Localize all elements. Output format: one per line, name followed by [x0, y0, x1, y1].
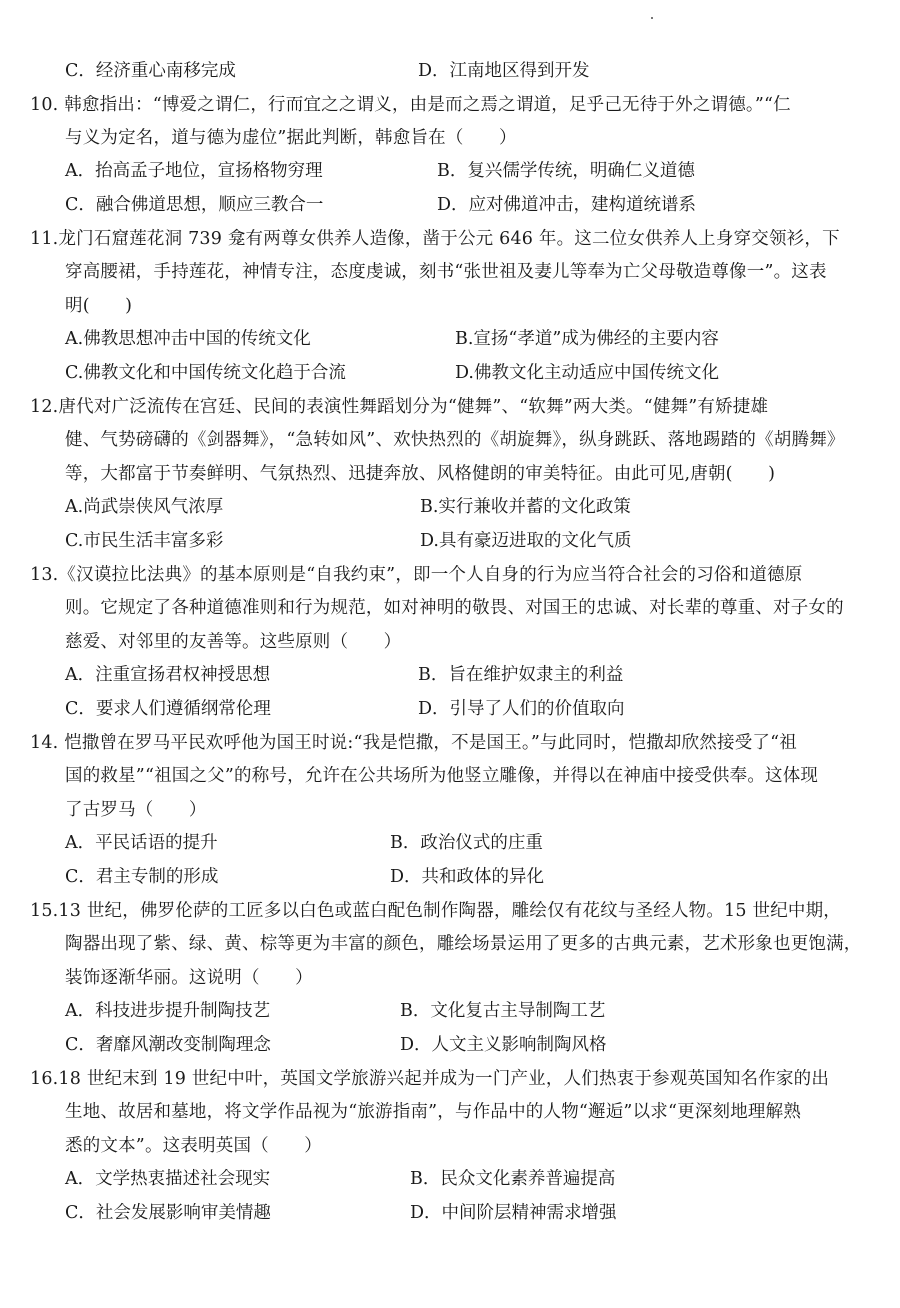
q11-option-d: D.佛教文化主动适应中国传统文化 [455, 362, 719, 384]
q13-option-c: C．要求人们遵循纲常伦理 [65, 698, 271, 720]
q12-stem-line-1: 12.唐代对广泛流传在宫廷、民间的表演性舞蹈划分为“健舞”、“软舞”两大类。“健… [30, 396, 768, 418]
q10-stem-line-1: 10. 韩愈指出：“博爱之谓仁，行而宜之之谓义，由是而之焉之谓道，足乎己无待于外… [30, 94, 791, 116]
q15-option-a: A．科技进步提升制陶技艺 [65, 1000, 270, 1022]
q16-option-b: B．民众文化素养普遍提高 [410, 1168, 615, 1190]
q13-stem-line-2: 则。它规定了各种道德准则和行为规范，如对神明的敬畏、对国王的忠诚、对长辈的尊重、… [65, 597, 844, 619]
q10-stem-line-2: 与义为定名，道与德为虚位”据此判断，韩愈旨在（ ） [65, 127, 517, 149]
q12-option-a: A.尚武崇侠风气浓厚 [65, 496, 223, 518]
q14-option-a: A．平民话语的提升 [65, 832, 218, 854]
q10-option-a: A．抬高孟子地位，宣扬格物穷理 [65, 160, 323, 182]
q14-option-d: D．共和政体的异化 [390, 866, 544, 888]
q14-stem-line-1: 14. 恺撒曾在罗马平民欢呼他为国王时说:“我是恺撒，不是国王。”与此同时，恺撒… [30, 732, 797, 754]
q10-option-b: B．复兴儒学传统，明确仁义道德 [437, 160, 695, 182]
q13-option-b: B．旨在维护奴隶主的利益 [418, 664, 623, 686]
q15-option-d: D．人文主义影响制陶风格 [400, 1034, 607, 1056]
q12-option-b: B.实行兼收并蓄的文化政策 [420, 496, 631, 518]
q11-stem-line-2: 穿高腰裙，手持莲花，神情专注，态度虔诚，刻书“张世祖及妻儿等奉为亡父母敬造尊像一… [65, 261, 827, 283]
q11-stem-line-3: 明( ) [65, 295, 132, 317]
q15-stem-line-1: 15.13 世纪，佛罗伦萨的工匠多以白色或蓝白配色制作陶器，雕绘仅有花纹与圣经人… [30, 900, 841, 922]
q10-option-d: D．应对佛道冲击，建构道统谱系 [437, 194, 696, 216]
q9-option-c: C．经济重心南移完成 [65, 60, 236, 82]
scan-speck [651, 17, 653, 19]
q13-option-a: A．注重宣扬君权神授思想 [65, 664, 270, 686]
q14-stem-line-3: 了古罗马（ ） [65, 799, 207, 821]
q11-stem-line-1: 11.龙门石窟莲花洞 739 龛有两尊女供养人造像，凿于公元 646 年。这二位… [30, 228, 840, 250]
q12-option-c: C.市民生活丰富多彩 [65, 530, 223, 552]
q16-option-a: A．文学热衷描述社会现实 [65, 1168, 270, 1190]
q9-option-d: D．江南地区得到开发 [418, 60, 590, 82]
q16-stem-line-2: 生地、故居和墓地，将文学作品视为“旅游指南”，与作品中的人物“邂逅”以求“更深刻… [65, 1101, 801, 1123]
q16-option-c: C．社会发展影响审美情趣 [65, 1202, 271, 1224]
q15-stem-line-3: 装饰逐渐华丽。这说明（ ） [65, 967, 313, 989]
q15-stem-line-2: 陶器出现了紫、绿、黄、棕等更为丰富的颜色，雕绘场景运用了更多的古典元素，艺术形象… [65, 933, 862, 955]
q10-option-c: C．融合佛道思想，顺应三教合一 [65, 194, 323, 216]
q15-option-c: C．奢靡风潮改变制陶理念 [65, 1034, 271, 1056]
q16-stem-line-3: 悉的文本”。这表明英国（ ） [65, 1135, 322, 1157]
q12-option-d: D.具有豪迈进取的文化气质 [420, 530, 631, 552]
q14-stem-line-2: 国的救星”“祖国之父”的称号，允许在公共场所为他竖立雕像，并得以在神庙中接受供奉… [65, 765, 818, 787]
q13-stem-line-3: 慈爱、对邻里的友善等。这些原则（ ） [65, 631, 401, 653]
q12-stem-line-2: 健、气势磅礴的《剑器舞》，“急转如风”、欢快热烈的《胡旋舞》，纵身跳跃、落地踢踏… [65, 429, 845, 451]
q16-stem-line-1: 16.18 世纪末到 19 世纪中叶，英国文学旅游兴起并成为一门产业，人们热衷于… [30, 1068, 829, 1090]
q13-stem-line-1: 13.《汉谟拉比法典》的基本原则是“自我约束”，即一个人自身的行为应当符合社会的… [30, 564, 802, 586]
q11-option-c: C.佛教文化和中国传统文化趋于合流 [65, 362, 346, 384]
q12-stem-line-3: 等，大都富于节奏鲜明、气氛热烈、迅捷奔放、风格健朗的审美特征。由此可见,唐朝( … [65, 463, 775, 485]
q14-option-c: C．君主专制的形成 [65, 866, 218, 888]
q11-option-a: A.佛教思想冲击中国的传统文化 [65, 328, 311, 350]
q14-option-b: B．政治仪式的庄重 [390, 832, 543, 854]
q11-option-b: B.宣扬“孝道”成为佛经的主要内容 [455, 328, 719, 350]
q16-option-d: D．中间阶层精神需求增强 [410, 1202, 617, 1224]
q13-option-d: D．引导了人们的价值取向 [418, 698, 625, 720]
q15-option-b: B．文化复古主导制陶工艺 [400, 1000, 605, 1022]
